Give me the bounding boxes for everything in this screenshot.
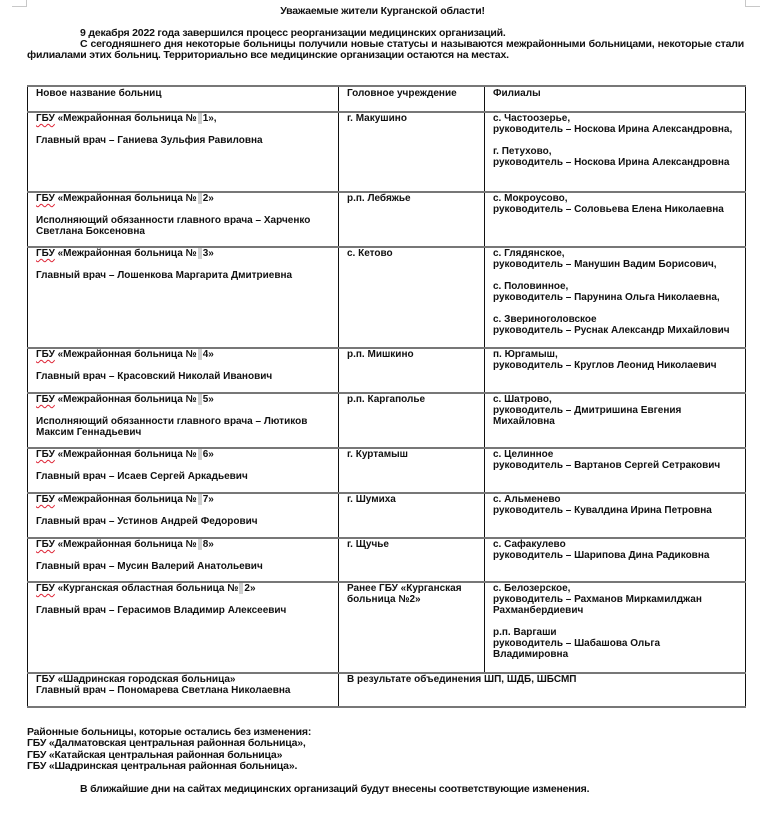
- branch-place: с. Шатрово,: [493, 394, 737, 405]
- branch-place: с. Альменево: [493, 494, 737, 505]
- branches-cell: с. Глядянское,руководитель – Манушин Вад…: [485, 247, 746, 348]
- table-header-row: Новое название больниц Головное учрежден…: [28, 86, 746, 112]
- merged-note: В результате объединения ШП, ШДБ, ШБСМП: [347, 674, 737, 685]
- org-type: ГБУ: [36, 349, 55, 360]
- main-institution: р.п. Мишкино: [347, 349, 476, 360]
- chief-doctor: Главный врач – Герасимов Владимир Алексе…: [36, 605, 330, 616]
- branches-cell: с. Мокроусово,руководитель – Соловьева Е…: [485, 192, 746, 247]
- main-institution-cell: г. Куртамыш: [339, 448, 485, 493]
- spacer: [36, 594, 330, 605]
- main-institution-cell: с. Кетово: [339, 247, 485, 348]
- branches-cell: с. Белозерское,руководитель – Рахманов М…: [485, 582, 746, 673]
- table-row: ГБУ «Межрайонная больница №3»Главный вра…: [28, 247, 746, 348]
- chief-doctor-name: Ганиева Зульфия Равиловна: [117, 135, 262, 146]
- main-institution: г. Куртамыш: [347, 449, 476, 460]
- hospital-name-cell: ГБУ «Межрайонная больница №6»Главный вра…: [28, 448, 339, 493]
- chief-doctor-name: Исаев Сергей Аркадьевич: [117, 471, 248, 482]
- unchanged-item: ГБУ «Шадринская центральная районная бол…: [27, 761, 744, 772]
- table-row: ГБУ «Межрайонная больница №2»Исполняющий…: [28, 192, 746, 247]
- hospital-name-cell: ГБУ «Межрайонная больница №1»,Главный вр…: [28, 112, 339, 192]
- branch-place: с. Целинное: [493, 449, 737, 460]
- number-highlight: [239, 583, 243, 594]
- hospital-name: ГБУ «Межрайонная больница №1»,: [36, 113, 330, 124]
- branch-place: с. Глядянское,: [493, 248, 737, 259]
- intro-paragraph-2: С сегодняшнего дня некоторые больницы по…: [27, 39, 744, 61]
- chief-doctor-name: Герасимов Владимир Алексеевич: [117, 605, 286, 616]
- main-institution: р.п. Лебяжье: [347, 193, 476, 204]
- hospital-name-cell: ГБУ «Межрайонная больница №4»Главный вра…: [28, 348, 339, 393]
- number-highlight: [198, 539, 202, 550]
- main-institution-cell: Ранее ГБУ «Курганская больница №2»: [339, 582, 485, 673]
- spacer: [36, 360, 330, 371]
- table-row: ГБУ «Межрайонная больница №7»Главный вра…: [28, 493, 746, 538]
- reorganization-table: Новое название больниц Головное учрежден…: [27, 85, 746, 708]
- number-highlight: [198, 113, 202, 124]
- table-row: ГБУ «Межрайонная больница №6»Главный вра…: [28, 448, 746, 493]
- branch-manager: руководитель – Дмитришина Евгения Михайл…: [493, 405, 737, 427]
- branch-place: с. Половинное,: [493, 281, 737, 292]
- spacer: [36, 204, 330, 215]
- chief-doctor-name: Лошенкова Маргарита Дмитриевна: [117, 270, 292, 281]
- merged-note-cell: В результате объединения ШП, ШДБ, ШБСМП: [339, 673, 746, 707]
- org-type: ГБУ: [36, 193, 55, 204]
- hospital-name-cell: ГБУ «Межрайонная больница №5»Исполняющий…: [28, 393, 339, 448]
- spacer: [36, 124, 330, 135]
- chief-doctor: Главный врач – Лошенкова Маргарита Дмитр…: [36, 270, 330, 281]
- org-type: ГБУ: [36, 248, 55, 259]
- branch-manager: руководитель – Вартанов Сергей Сетракови…: [493, 460, 737, 471]
- org-type: ГБУ: [36, 494, 55, 505]
- hospital-name: ГБУ «Межрайонная больница №8»: [36, 539, 330, 550]
- number-highlight: [198, 248, 202, 259]
- spacer: [36, 505, 330, 516]
- branch-manager: руководитель – Парунина Ольга Николаевна…: [493, 292, 737, 303]
- branch-place: п. Юргамыш,: [493, 349, 737, 360]
- branch-place: с. Белозерское,: [493, 583, 737, 594]
- chief-doctor: Главный врач – Устинов Андрей Федорович: [36, 516, 330, 527]
- hospital-name-cell: ГБУ «Межрайонная больница №3»Главный вра…: [28, 247, 339, 348]
- org-type: ГБУ: [36, 113, 55, 124]
- chief-doctor-name: Лютиков Максим Геннадьевич: [36, 416, 307, 438]
- hospital-name-cell: ГБУ «Курганская областная больница №2»Гл…: [28, 582, 339, 673]
- branches-cell: с. Частоозерье,руководитель – Носкова Ир…: [485, 112, 746, 192]
- chief-doctor-name: Устинов Андрей Федорович: [117, 516, 257, 527]
- branch-place: р.п. Варгаши: [493, 627, 737, 638]
- branches-cell: п. Юргамыш,руководитель – Круглов Леонид…: [485, 348, 746, 393]
- chief-doctor-name: Харченко Светлана Боксеновна: [36, 215, 310, 237]
- table-row: ГБУ «Межрайонная больница №5»Исполняющий…: [28, 393, 746, 448]
- number-highlight: [198, 193, 202, 204]
- spacer: [36, 405, 330, 416]
- hospital-name: ГБУ «Межрайонная больница №4»: [36, 349, 330, 360]
- main-institution-cell: р.п. Мишкино: [339, 348, 485, 393]
- hospital-name: ГБУ «Межрайонная больница №5»: [36, 394, 330, 405]
- main-institution-cell: р.п. Каргаполье: [339, 393, 485, 448]
- chief-doctor: Главный врач – Ганиева Зульфия Равиловна: [36, 135, 330, 146]
- number-highlight: [198, 349, 202, 360]
- hospital-name-cell: ГБУ «Межрайонная больница №7»Главный вра…: [28, 493, 339, 538]
- spacer: [493, 135, 737, 146]
- main-institution-cell: г. Щучье: [339, 538, 485, 582]
- main-institution: р.п. Каргаполье: [347, 394, 476, 405]
- chief-doctor-name: Мусин Валерий Анатольевич: [117, 561, 263, 572]
- hospital-name-cell: ГБУ «Межрайонная больница №2»Исполняющий…: [28, 192, 339, 247]
- org-type: ГБУ: [36, 539, 55, 550]
- spacer: [36, 460, 330, 471]
- branch-place: г. Петухово,: [493, 146, 737, 157]
- main-institution-cell: г. Макушино: [339, 112, 485, 192]
- hospital-name: ГБУ «Курганская областная больница №2»: [36, 583, 330, 594]
- number-highlight: [198, 394, 202, 405]
- chief-doctor: Исполняющий обязанности главного врача –…: [36, 416, 330, 438]
- hospital-name: ГБУ «Межрайонная больница №2»: [36, 193, 330, 204]
- branches-cell: с. Сафакулеворуководитель – Шарипова Дин…: [485, 538, 746, 582]
- branch-place: с. Частоозерье,: [493, 113, 737, 124]
- main-institution-cell: р.п. Лебяжье: [339, 192, 485, 247]
- number-highlight: [198, 494, 202, 505]
- main-institution: с. Кетово: [347, 248, 476, 259]
- table-row: ГБУ «Межрайонная больница №1»,Главный вр…: [28, 112, 746, 192]
- hospital-name: ГБУ «Шадринская городская больница»: [36, 674, 330, 685]
- spacer: [36, 259, 330, 270]
- spacer: [36, 550, 330, 561]
- main-institution: г. Макушино: [347, 113, 476, 124]
- branch-manager: руководитель – Шабашова Ольга Владимиров…: [493, 638, 737, 660]
- closing-text: В ближайшие дни на сайтах медицинских ор…: [80, 783, 589, 795]
- branches-cell: с. Шатрово,руководитель – Дмитришина Евг…: [485, 393, 746, 448]
- chief-doctor: Главный врач – Красовский Николай Иванов…: [36, 371, 330, 382]
- branch-manager: руководитель – Кувалдина Ирина Петровна: [493, 505, 737, 516]
- unchanged-item: ГБУ «Далматовская центральная районная б…: [27, 738, 744, 749]
- branch-manager: руководитель – Манушин Вадим Борисович,: [493, 259, 737, 270]
- main-institution: г. Щучье: [347, 539, 476, 550]
- branch-manager: руководитель – Шарипова Дина Радиковна: [493, 550, 737, 561]
- hospital-name-cell: ГБУ «Межрайонная больница №8»Главный вра…: [28, 538, 339, 582]
- table-row: ГБУ «Межрайонная больница №4»Главный вра…: [28, 348, 746, 393]
- table-row: ГБУ «Межрайонная больница №8»Главный вра…: [28, 538, 746, 582]
- branch-manager: руководитель – Круглов Леонид Николаевич: [493, 360, 737, 371]
- header-branches: Филиалы: [485, 86, 746, 112]
- branch-manager: руководитель – Руснак Александр Михайлов…: [493, 325, 737, 336]
- document-heading: Уважаемые жители Курганской области!: [0, 5, 765, 17]
- spacer: [493, 616, 737, 627]
- branch-manager: руководитель – Соловьева Елена Николаевн…: [493, 204, 737, 215]
- header-main-institution: Головное учреждение: [339, 86, 485, 112]
- branch-place: с. Сафакулево: [493, 539, 737, 550]
- table-row: ГБУ «Шадринская городская больница»Главн…: [28, 673, 746, 707]
- branch-place: с. Звериноголовское: [493, 314, 737, 325]
- branches-cell: с. Целинноеруководитель – Вартанов Серге…: [485, 448, 746, 493]
- hospital-name: ГБУ «Межрайонная больница №7»: [36, 494, 330, 505]
- branch-manager: руководитель – Рахманов Миркамилджан Рах…: [493, 594, 737, 616]
- chief-doctor: Исполняющий обязанности главного врача –…: [36, 215, 330, 237]
- chief-doctor: Главный врач – Пономарева Светлана Никол…: [36, 685, 330, 696]
- main-institution: Ранее ГБУ «Курганская больница №2»: [347, 583, 476, 605]
- hospital-name-cell: ГБУ «Шадринская городская больница»Главн…: [28, 673, 339, 707]
- branches-cell: с. Альменеворуководитель – Кувалдина Ири…: [485, 493, 746, 538]
- branch-manager: руководитель – Носкова Ирина Александров…: [493, 124, 737, 135]
- branch-place: с. Мокроусово,: [493, 193, 737, 204]
- org-type: ГБУ: [36, 583, 55, 594]
- main-institution-cell: г. Шумиха: [339, 493, 485, 538]
- spacer: [493, 303, 737, 314]
- main-institution: г. Шумиха: [347, 494, 476, 505]
- org-type: ГБУ: [36, 449, 55, 460]
- hospital-name: ГБУ «Межрайонная больница №6»: [36, 449, 330, 460]
- branch-manager: руководитель – Носкова Ирина Александров…: [493, 157, 737, 168]
- header-new-name: Новое название больниц: [28, 86, 339, 112]
- org-type: ГБУ: [36, 394, 55, 405]
- number-highlight: [198, 449, 202, 460]
- unchanged-hospitals: Районные больницы, которые остались без …: [27, 727, 744, 772]
- chief-doctor-name: Красовский Николай Иванович: [117, 371, 272, 382]
- chief-doctor: Главный врач – Мусин Валерий Анатольевич: [36, 561, 330, 572]
- chief-doctor: Главный врач – Исаев Сергей Аркадьевич: [36, 471, 330, 482]
- spacer: [493, 270, 737, 281]
- table-row: ГБУ «Курганская областная больница №2»Гл…: [28, 582, 746, 673]
- hospital-name: ГБУ «Межрайонная больница №3»: [36, 248, 330, 259]
- intro-text: 9 декабря 2022 года завершился процесс р…: [27, 28, 744, 61]
